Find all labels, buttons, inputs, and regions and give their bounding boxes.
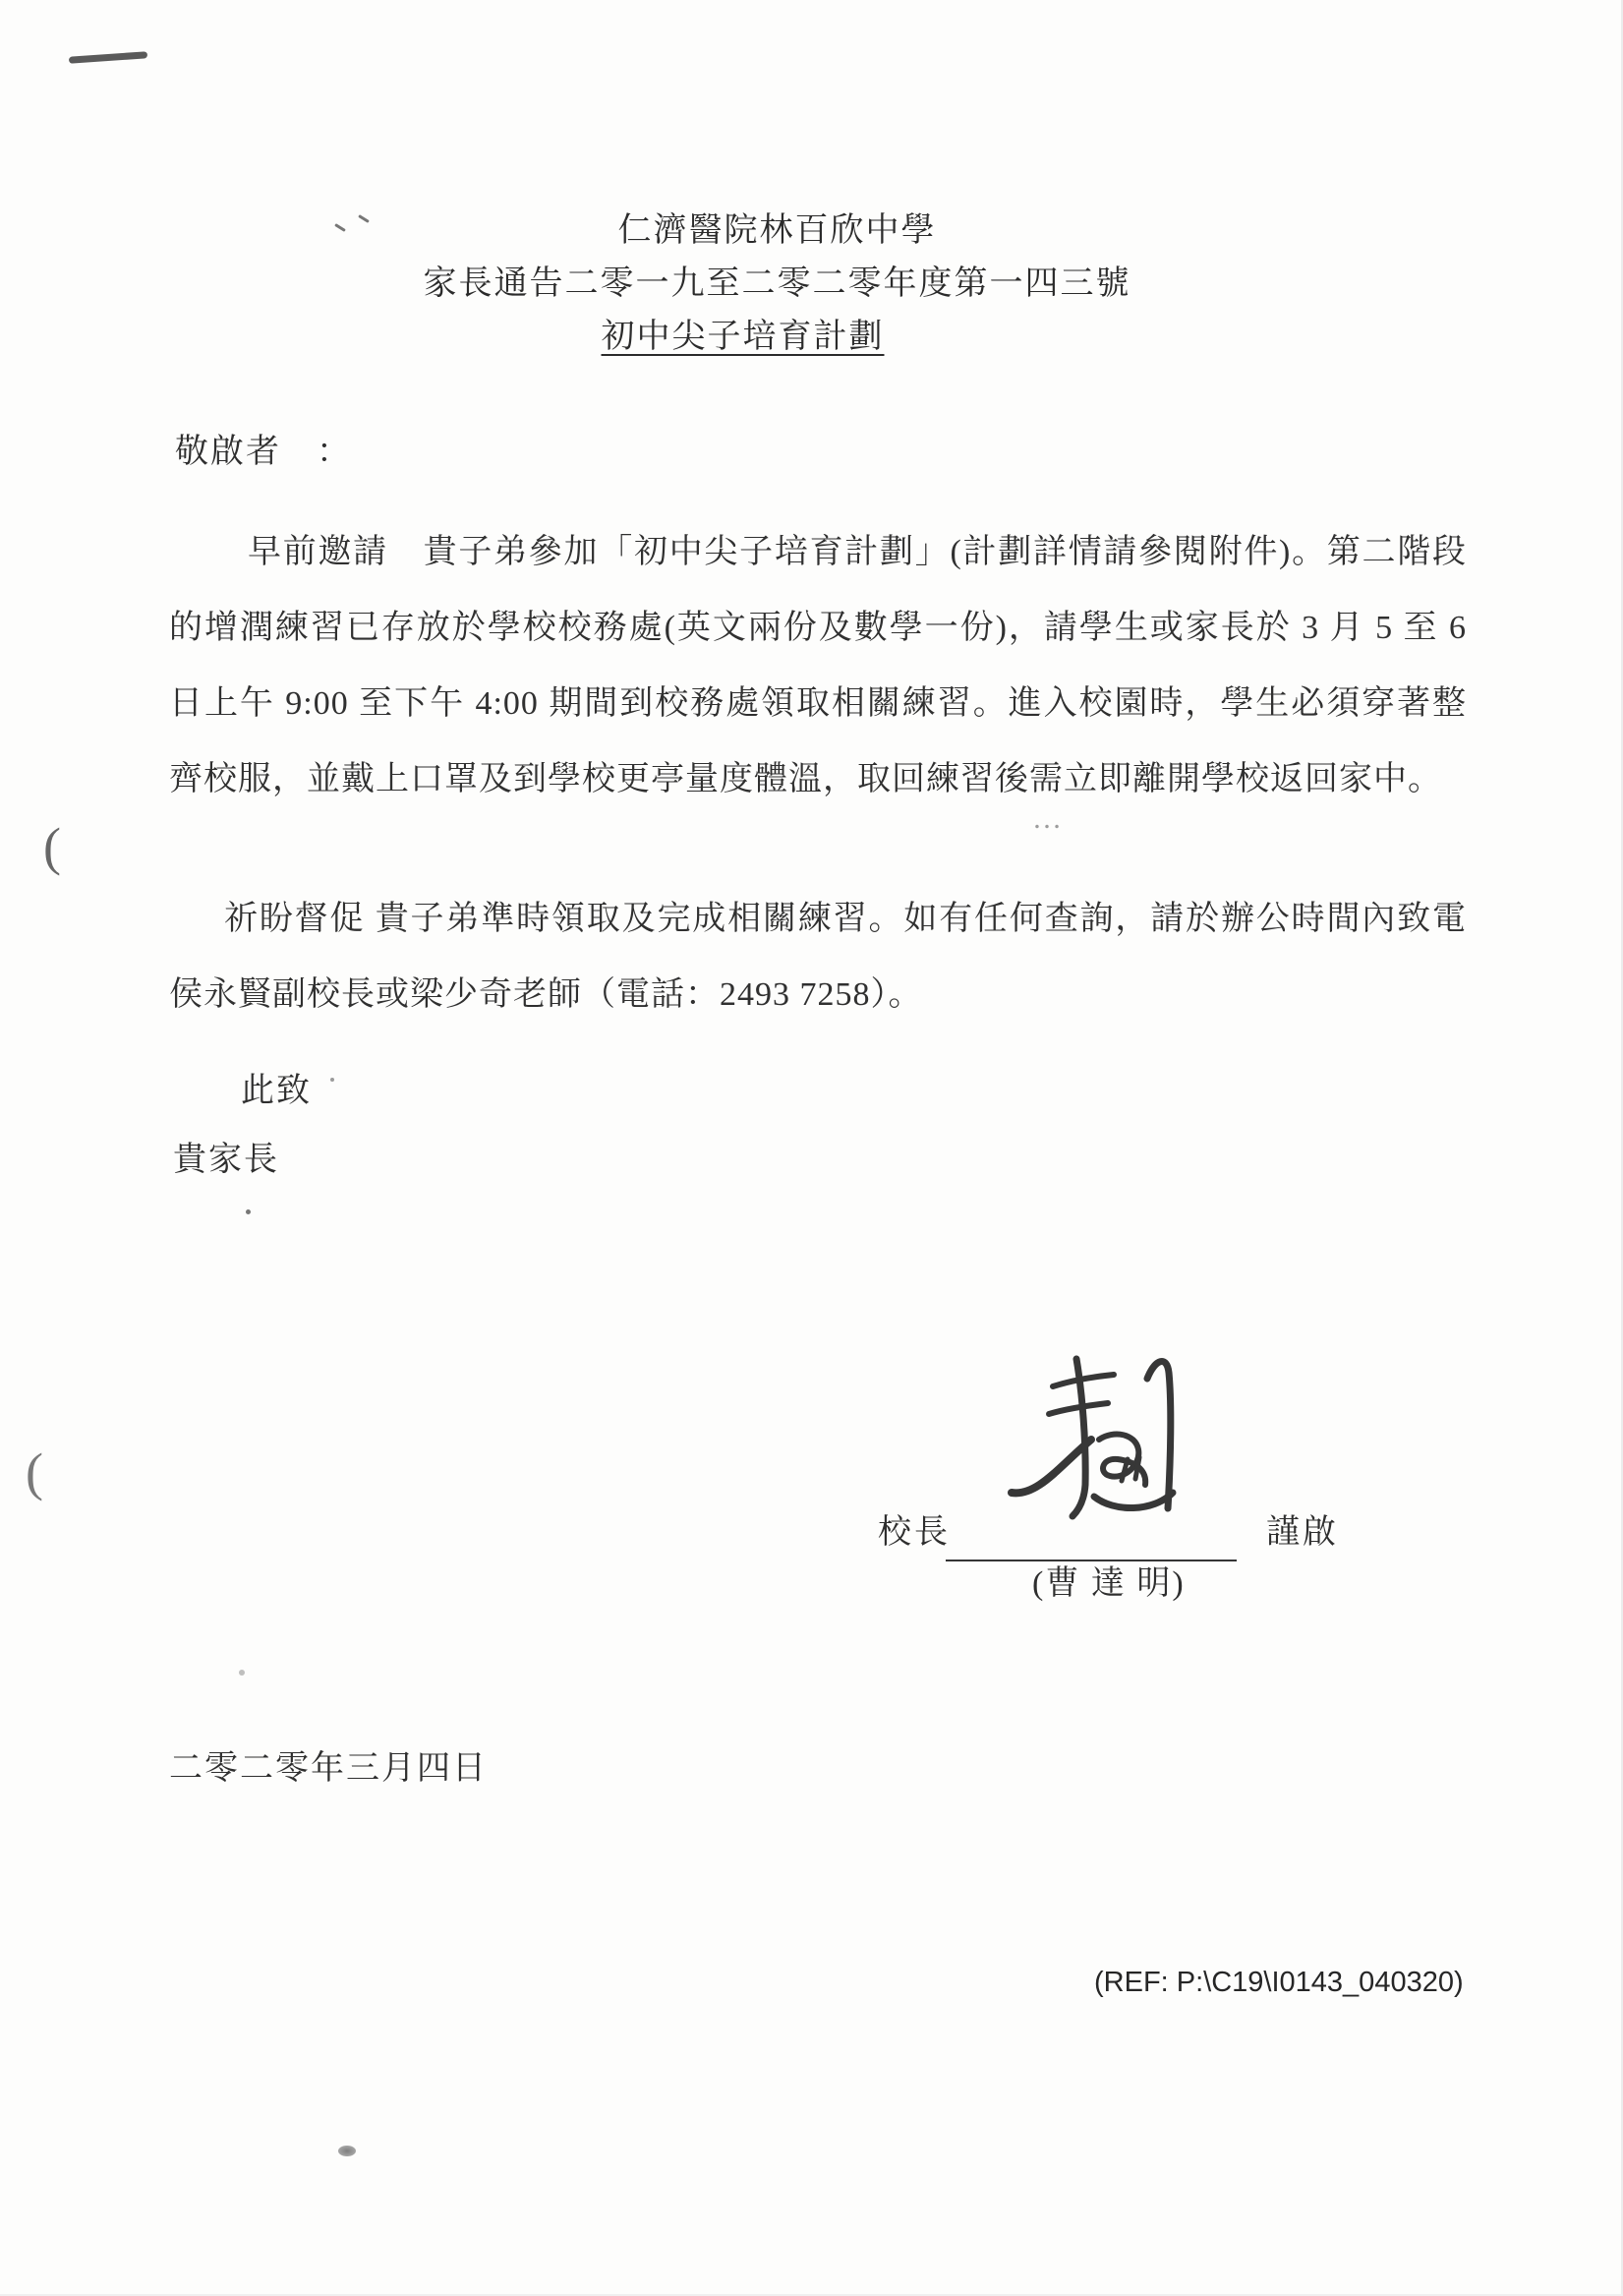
scan-artifact-paren: ( bbox=[26, 1445, 43, 1499]
notice-number: 家長通告二零一九至二零二零年度第一四三號 bbox=[0, 267, 1589, 301]
signature-line bbox=[946, 1560, 1237, 1561]
scan-artifact-streak bbox=[69, 51, 147, 64]
scan-artifact-smudge bbox=[338, 2146, 356, 2156]
body-paragraph-1: 早前邀請 貴子弟參加「初中尖子培育計劃」(計劃詳情請參閱附件)。第二階段的增潤練… bbox=[169, 514, 1467, 817]
body-paragraph-2: 祈盼督促 貴子弟準時領取及完成相關練習。如有任何查詢，請於辦公時間內致電侯永賢副… bbox=[169, 881, 1467, 1032]
school-name: 仁濟醫院林百欣中學 bbox=[0, 214, 1589, 248]
scan-artifact-dot bbox=[330, 1078, 334, 1082]
principal-role-label: 校長 bbox=[878, 1516, 951, 1550]
respectful-closing: 謹啟 bbox=[1266, 1516, 1339, 1550]
scan-artifact-dot bbox=[239, 1670, 245, 1676]
signer-name: (曹 達 明) bbox=[1032, 1567, 1186, 1601]
scan-artifact-dot bbox=[246, 1209, 251, 1214]
letter-date: 二零二零年三月四日 bbox=[169, 1752, 488, 1786]
letter-title: 初中尖子培育計劃 bbox=[0, 321, 1554, 354]
principal-signature-ink bbox=[998, 1349, 1263, 1536]
valediction: 此致 bbox=[241, 1075, 312, 1108]
file-reference: (REF: P:\C19\I0143_040320) bbox=[1094, 1969, 1464, 1997]
scan-artifact-paren: ( bbox=[43, 820, 61, 873]
scanned-letter-page: ( ( … 仁濟醫院林百欣中學 家長通告二零一九至二零二零年度第一四三號 初中尖… bbox=[0, 0, 1623, 2296]
salutation: 敬啟者 ： bbox=[175, 436, 352, 469]
recipient: 貴家長 bbox=[173, 1144, 279, 1177]
